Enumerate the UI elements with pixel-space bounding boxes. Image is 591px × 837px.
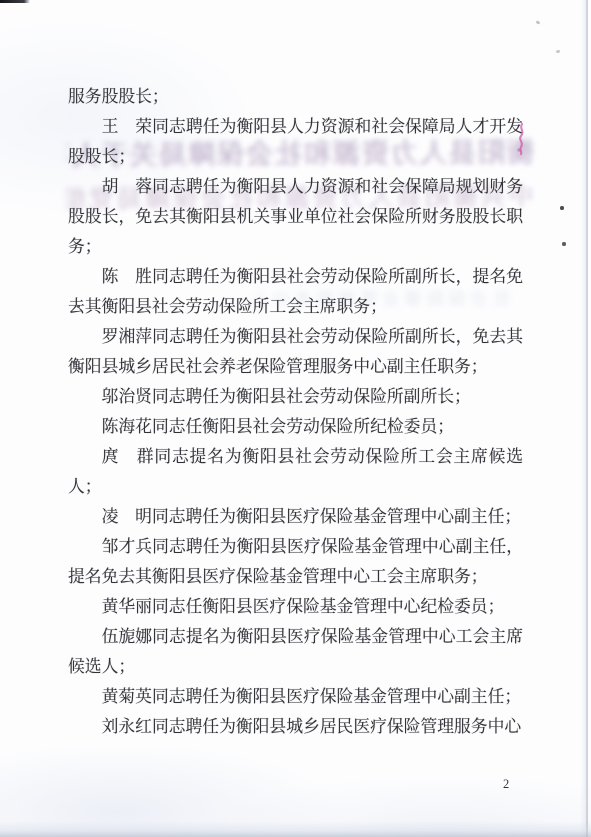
scan-speck — [74, 361, 77, 364]
document-paragraph: 王 荣同志聘任为衡阳县人力资源和社会保障局人才开发股股长； — [68, 112, 523, 172]
scan-speck — [560, 206, 564, 210]
document-paragraph: 罗湘萍同志聘任为衡阳县社会劳动保险所副所长，免去其衡阳县城乡居民社会养老保险管理… — [68, 322, 523, 382]
document-paragraph: 黄菊英同志聘任为衡阳县医疗保险基金管理中心副主任； — [68, 682, 523, 712]
scan-speck — [78, 367, 81, 370]
document-paragraph: 邹才兵同志聘任为衡阳县医疗保险基金管理中心副主任，提名免去其衡阳县医疗保险基金管… — [68, 532, 523, 592]
scan-bottom-edge — [0, 821, 591, 837]
document-paragraph: 陈海花同志任衡阳县社会劳动保险所纪检委员； — [68, 412, 523, 442]
document-paragraph: 凌 明同志聘任为衡阳县医疗保险基金管理中心副主任； — [68, 502, 523, 532]
document-paragraph: 庹 群同志提名为衡阳县社会劳动保险所工会主席候选人； — [68, 442, 523, 502]
scan-speck — [77, 305, 80, 308]
document-body: 服务股股长； 王 荣同志聘任为衡阳县人力资源和社会保障局人才开发股股长； 胡 蓉… — [68, 82, 523, 742]
document-paragraph: 胡 蓉同志聘任为衡阳县人力资源和社会保障局规划财务股股长，免去其衡阳县机关事业单… — [68, 172, 523, 262]
document-paragraph: 邬治贤同志聘任为衡阳县社会劳动保险所副所长； — [68, 382, 523, 412]
scan-speck — [556, 49, 561, 53]
page-right-edge — [586, 0, 588, 837]
scan-top-edge-artifact — [0, 0, 30, 3]
page-number: 2 — [503, 777, 510, 792]
document-paragraph: 伍旎娜同志提名为衡阳县医疗保险基金管理中心工会主席候选人； — [68, 622, 523, 682]
document-paragraph: 服务股股长； — [68, 82, 523, 112]
document-paragraph: 黄华丽同志任衡阳县医疗保险基金管理中心纪检委员； — [68, 592, 523, 622]
document-paragraph: 陈 胜同志聘任为衡阳县社会劳动保险所副所长，提名免去其衡阳县社会劳动保险所工会主… — [68, 262, 523, 322]
scanned-document-page: 衡阳县人力资源和社会保障局关于人事聘任免职的通知文 中共衡阳县人力资源和社会保障… — [0, 0, 591, 837]
scan-speck — [562, 242, 566, 246]
scan-speck — [536, 20, 541, 25]
document-paragraph: 刘永红同志聘任为衡阳县城乡居民医疗保险管理服务中心 — [68, 712, 523, 742]
